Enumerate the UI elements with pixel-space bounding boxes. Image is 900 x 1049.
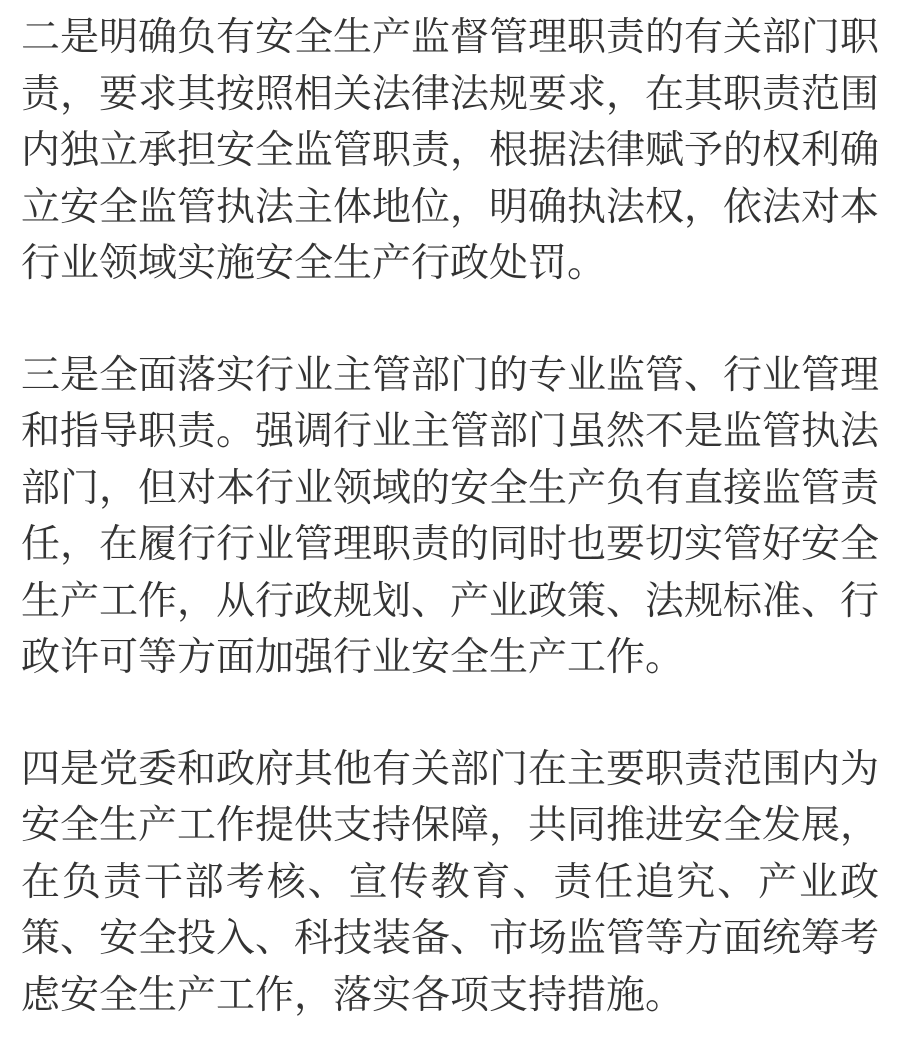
text-line: 安全生产工作提供支持保障，共同推进安全发展， <box>21 798 879 855</box>
text-line: 和指导职责。强调行业主管部门虽然不是监管执法 <box>21 404 879 461</box>
text-line: 内独立承担安全监管职责，根据法律赋予的权利确 <box>21 123 879 180</box>
text-line: 立安全监管执法主体地位，明确执法权，依法对本 <box>21 180 879 237</box>
text-line: 责，要求其按照相关法律法规要求，在其职责范围 <box>21 67 879 124</box>
text-line: 二是明确负有安全生产监督管理职责的有关部门职 <box>21 10 879 67</box>
paragraph-point-four: 四是党委和政府其他有关部门在主要职责范围内为 安全生产工作提供支持保障，共同推进… <box>21 742 879 1025</box>
text-line: 虑安全生产工作，落实各项支持措施。 <box>21 968 879 1025</box>
text-line: 生产工作，从行政规划、产业政策、法规标准、行 <box>21 574 879 631</box>
text-line: 策、安全投入、科技装备、市场监管等方面统筹考 <box>21 911 879 968</box>
text-line: 任，在履行行业管理职责的同时也要切实管好安全 <box>21 517 879 574</box>
text-line: 三是全面落实行业主管部门的专业监管、行业管理 <box>21 348 879 405</box>
paragraph-point-three: 三是全面落实行业主管部门的专业监管、行业管理 和指导职责。强调行业主管部门虽然不… <box>21 348 879 687</box>
text-line: 四是党委和政府其他有关部门在主要职责范围内为 <box>21 742 879 799</box>
article-body: 二是明确负有安全生产监督管理职责的有关部门职 责，要求其按照相关法律法规要求，在… <box>0 0 900 1024</box>
text-line: 政许可等方面加强行业安全生产工作。 <box>21 630 879 687</box>
paragraph-point-two: 二是明确负有安全生产监督管理职责的有关部门职 责，要求其按照相关法律法规要求，在… <box>21 10 879 293</box>
text-line: 在负责干部考核、宣传教育、责任追究、产业政 <box>21 855 879 912</box>
text-line: 部门，但对本行业领域的安全生产负有直接监管责 <box>21 461 879 518</box>
text-line: 行业领域实施安全生产行政处罚。 <box>21 236 879 293</box>
